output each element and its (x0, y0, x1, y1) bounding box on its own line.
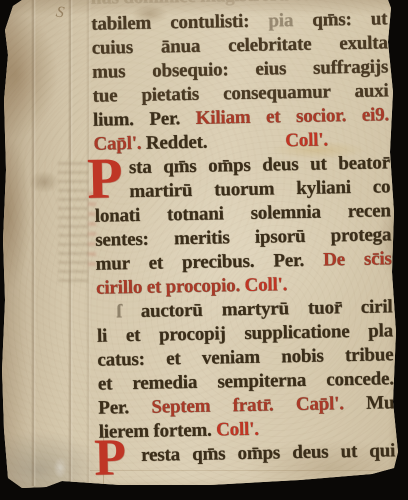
text-segment: lonati totnani solemnia recen (95, 200, 391, 226)
text-segment: Coll'. (285, 129, 328, 151)
text-segment: Kiliam et socior. ei9. (195, 104, 389, 129)
text-segment: martirū tuorum kyliani co (129, 176, 390, 202)
manuscript-photo: S P P nus dominice magistrorū celetabile… (0, 0, 408, 500)
text-segment: tabilem contulisti: (91, 11, 269, 35)
text-segment: pia (268, 10, 312, 32)
text-segment: cuius ānua celebritate exulta (92, 32, 388, 58)
illuminated-initial: P (94, 436, 126, 481)
text-segment: lium. Per. (93, 108, 196, 131)
text-segment: nus dominice magistrorū cele (91, 0, 323, 9)
text-segment: Septem fratr̄. Cap̄l'. (151, 393, 344, 418)
text-segment: sentes: meritis ipsorū protega (95, 224, 391, 250)
text-line: resta qm̄s om̄ps deus ut qui (99, 439, 395, 468)
text-segment: li et procopij supplicatione pla (97, 320, 393, 346)
ruling-line-horizontal (90, 470, 380, 471)
text-segment: catus: et veniam nobis tribue (97, 344, 393, 370)
text-segment: sta qm̄s om̄ps deus ut beator̄ (129, 152, 390, 178)
illuminated-initial: P (87, 153, 123, 204)
text-segment: cirillo et procopio. (96, 275, 245, 299)
text-segment: Mu (344, 392, 395, 414)
text-segment: mur et precibus. Per. (95, 250, 323, 275)
text-segment: et remedia sempiterna concede. (98, 368, 394, 394)
fold-crease (31, 0, 36, 486)
quire-mark: S (54, 3, 65, 22)
text-segment: auctorū martyrū tuor̄ ciril (141, 296, 393, 322)
text-segment: Per. (98, 397, 151, 419)
text-segment: Reddet. (146, 132, 208, 154)
text-segment: qm̄s: ut (312, 8, 387, 30)
text-segment: resta qm̄s om̄ps deus ut qui (141, 440, 395, 466)
text-block: P P nus dominice magistrorū celetabilem … (91, 0, 396, 469)
verso-bleed-through (58, 162, 88, 282)
text-segment: tue pietatis consequamur auxi (92, 80, 388, 106)
line-gap (207, 145, 285, 147)
text-segment: Coll'. (216, 419, 259, 441)
text-segment: mus obsequio: eius suffragijs (92, 56, 388, 82)
manuscript-page: S P P nus dominice magistrorū celetabile… (0, 0, 408, 500)
text-segment: Coll'. (244, 274, 287, 296)
text-segment: ſ (116, 301, 141, 322)
text-segment: De sc̄is (323, 248, 392, 270)
